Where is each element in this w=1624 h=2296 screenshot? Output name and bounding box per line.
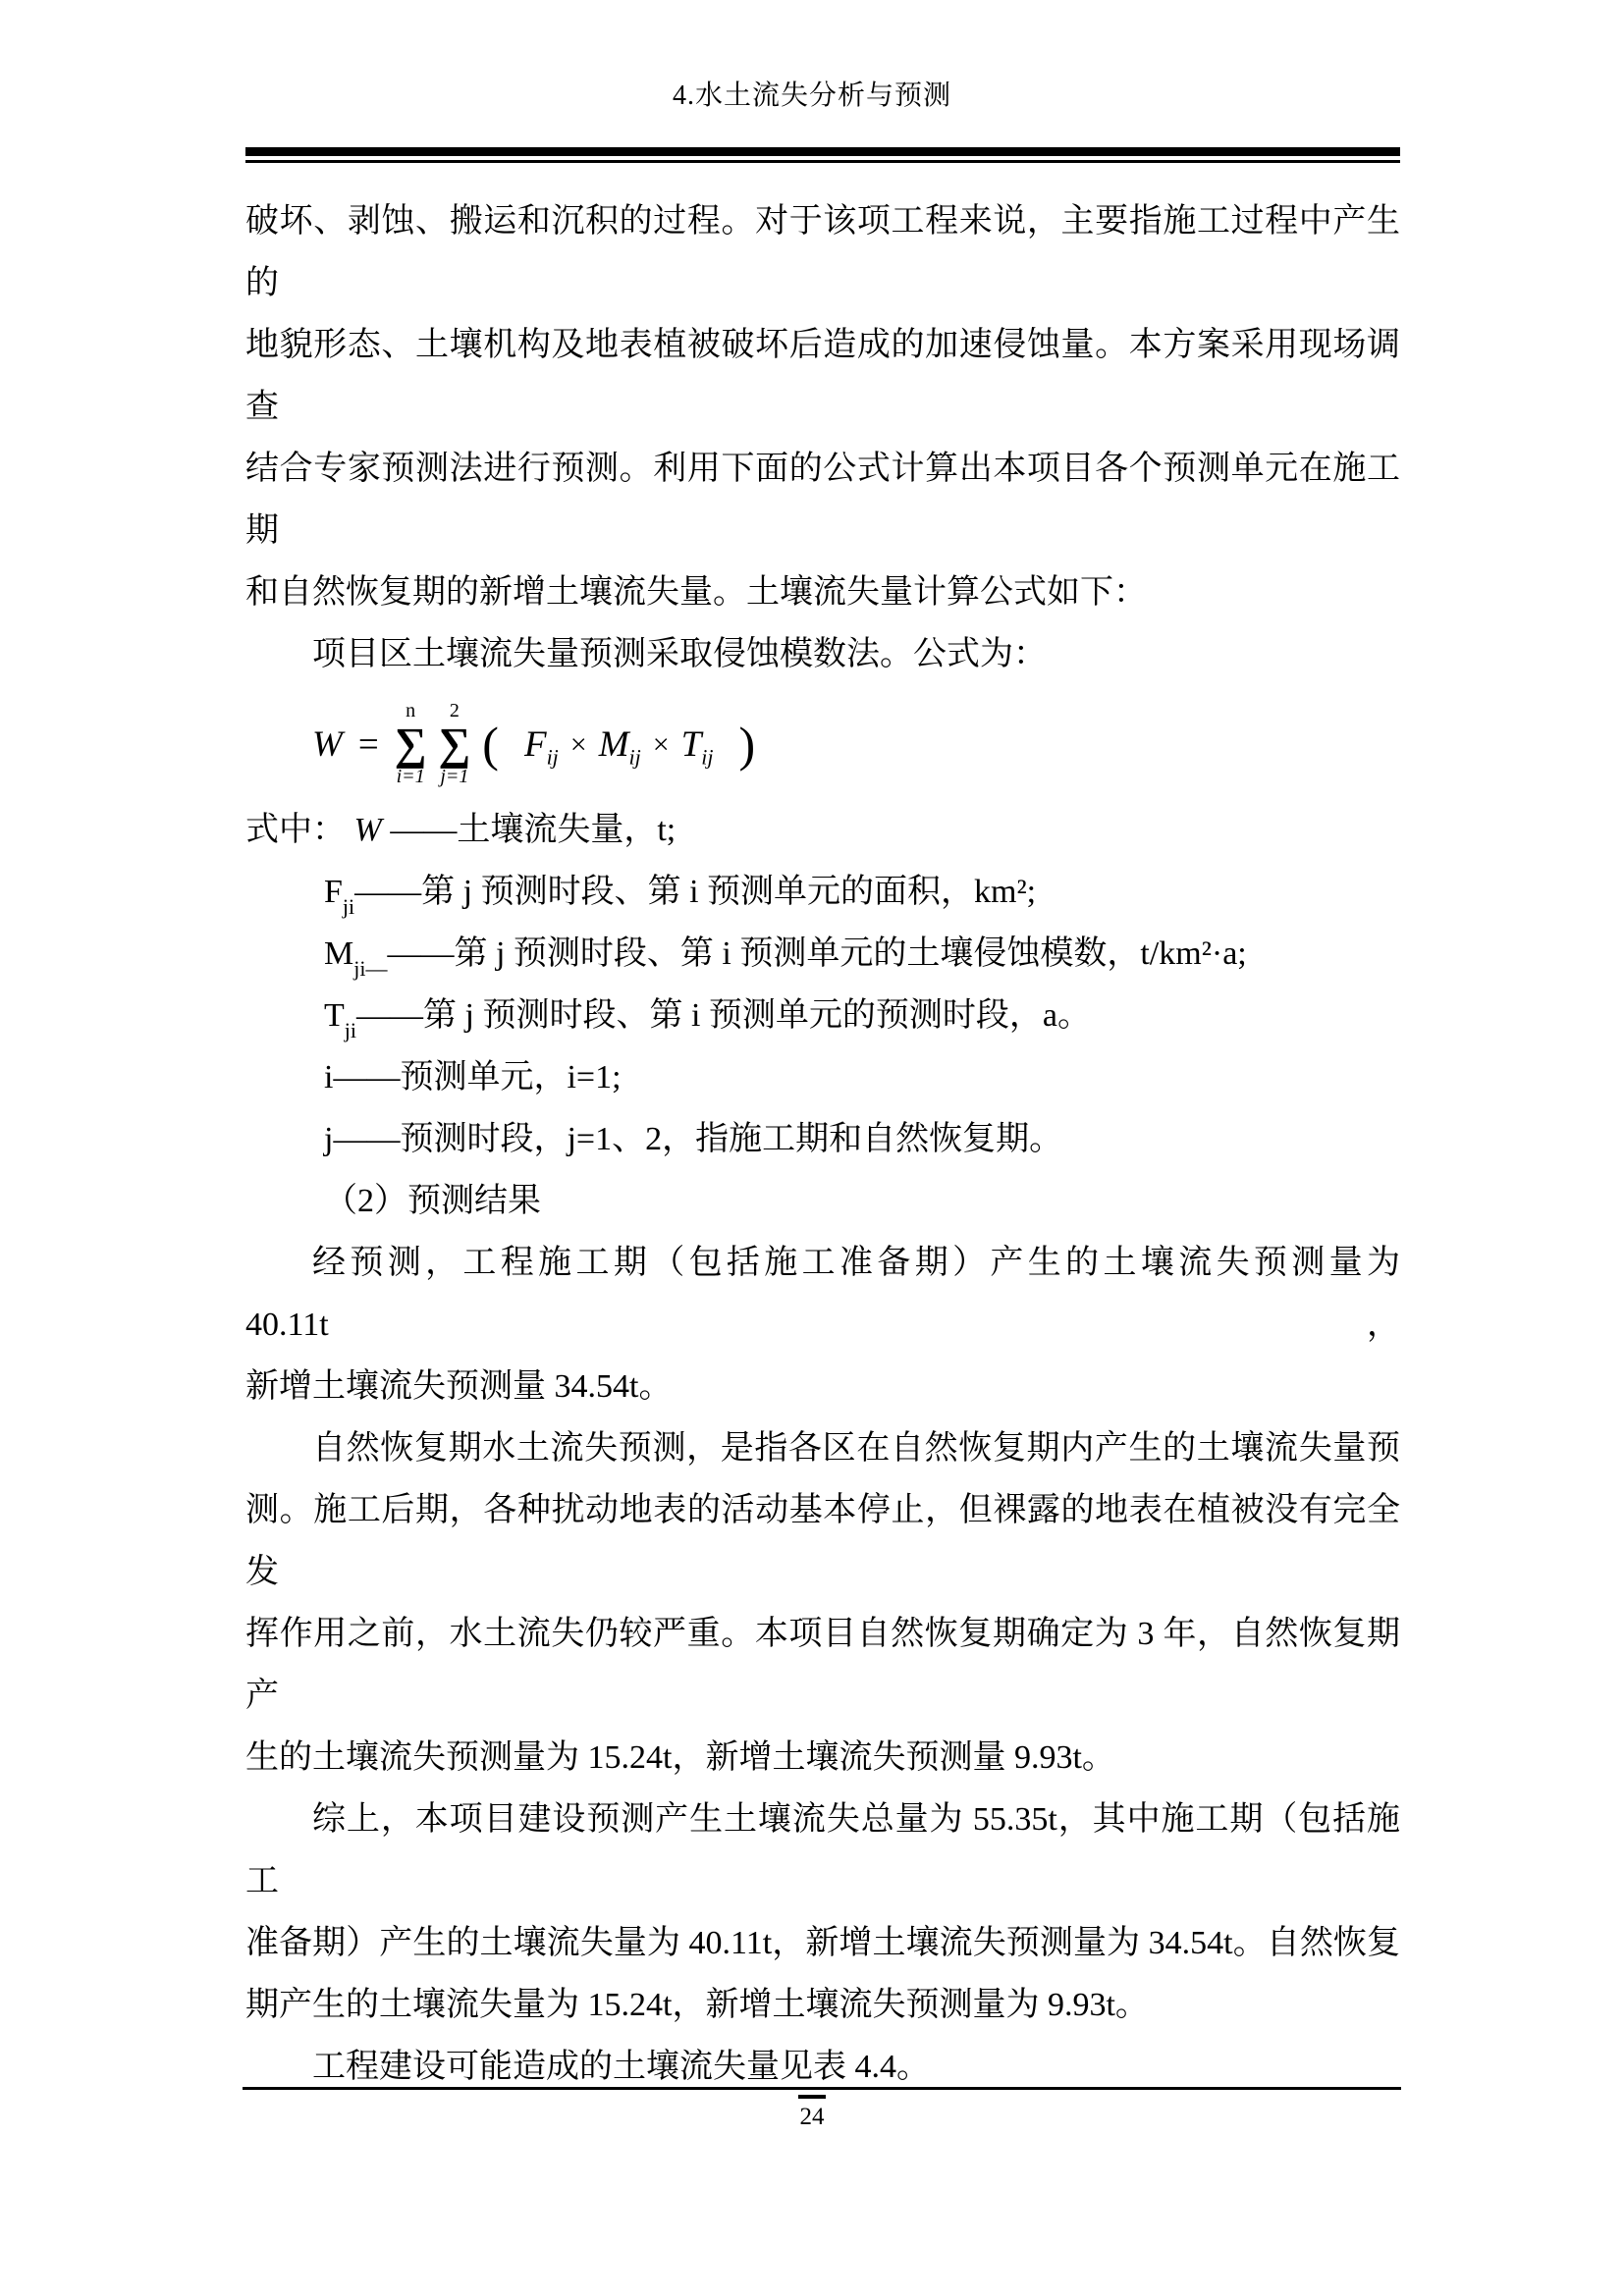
paragraph-line: 综上，本项目建设预测产生土壤流失总量为 55.35t，其中施工期（包括施工 bbox=[245, 1789, 1400, 1912]
document-page: 4.水土流失分析与预测 破坏、剥蚀、搬运和沉积的过程。对于该项工程来说，主要指施… bbox=[0, 0, 1624, 2296]
symbol: W bbox=[354, 812, 382, 848]
definition-text: ——预测时段，j=1、2，指施工期和自然恢复期。 bbox=[333, 1121, 1062, 1157]
sigma-lower-limit: j=1 bbox=[440, 766, 468, 788]
symbol: F bbox=[324, 874, 343, 910]
definition-line-M: Mji———第 j 预测时段、第 i 预测单元的土壤侵蚀模数，t/km²·a; bbox=[245, 923, 1400, 985]
sigma-icon: ∑ bbox=[439, 722, 471, 766]
soil-loss-formula: W = n ∑ i=1 2 ∑ j=1 ( Fij × Mij × Tij ) bbox=[312, 691, 1400, 797]
paragraph-line: 地貌形态、土壤机构及地表植被破坏后造成的加速侵蚀量。本方案采用现场调查 bbox=[245, 314, 1400, 438]
paragraph-line: 结合专家预测法进行预测。利用下面的公式计算出本项目各个预测单元在施工期 bbox=[245, 438, 1400, 561]
close-paren: ) bbox=[739, 720, 756, 769]
paragraph-line: 生的土壤流失预测量为 15.24t，新增土壤流失预测量 9.93t。 bbox=[245, 1727, 1400, 1789]
definition-line-F: Fji——第 j 预测时段、第 i 预测单元的面积，km²; bbox=[245, 861, 1400, 923]
paragraph-line: 准备期）产生的土壤流失量为 40.11t，新增土壤流失预测量为 34.54t。自… bbox=[245, 1912, 1400, 1974]
definition-text: ——土壤流失量，t; bbox=[382, 812, 676, 848]
paragraph-line: 测。施工后期，各种扰动地表的活动基本停止，但裸露的地表在植被没有完全发 bbox=[245, 1479, 1400, 1603]
paragraph-line: 挥作用之前，水土流失仍较严重。本项目自然恢复期确定为 3 年，自然恢复期产 bbox=[245, 1603, 1400, 1727]
paragraph-line: 自然恢复期水土流失预测，是指各区在自然恢复期内产生的土壤流失量预 bbox=[245, 1417, 1400, 1479]
paragraph-line: 经预测，工程施工期（包括施工准备期）产生的土壤流失预测量为 40.11t， bbox=[245, 1232, 1400, 1356]
sigma-lower-limit: i=1 bbox=[397, 766, 425, 788]
symbol: M bbox=[324, 935, 353, 972]
where-prefix: 式中： bbox=[245, 812, 346, 848]
header-rule bbox=[245, 147, 1400, 163]
symbol-subscript: ji— bbox=[353, 956, 387, 981]
symbol: T bbox=[324, 997, 345, 1034]
page-number: 24 bbox=[0, 2101, 1624, 2134]
document-body: 破坏、剥蚀、搬运和沉积的过程。对于该项工程来说，主要指施工过程中产生的 地貌形态… bbox=[245, 190, 1400, 2098]
paragraph-line: 破坏、剥蚀、搬运和沉积的过程。对于该项工程来说，主要指施工过程中产生的 bbox=[245, 190, 1400, 314]
header-title: 4.水土流失分析与预测 bbox=[0, 77, 1624, 116]
formula-term-M: Mij bbox=[599, 714, 641, 775]
symbol-subscript: ji bbox=[343, 894, 354, 919]
definition-text: ——第 j 预测时段、第 i 预测单元的面积，km²; bbox=[354, 874, 1036, 910]
definition-line-W: 式中： W ——土壤流失量，t; bbox=[245, 799, 1400, 861]
multiply-sign: × bbox=[570, 714, 587, 775]
paragraph-line: 和自然恢复期的新增土壤流失量。土壤流失量计算公式如下： bbox=[245, 561, 1400, 623]
definition-text: ——预测单元，i=1; bbox=[333, 1059, 621, 1095]
results-heading: （2）预测结果 bbox=[245, 1170, 1400, 1232]
formula-lhs: W bbox=[312, 714, 343, 775]
formula-term-T: Tij bbox=[681, 714, 714, 775]
definition-text: ——第 j 预测时段、第 i 预测单元的预测时段，a。 bbox=[356, 997, 1091, 1034]
paragraph-line: 期产生的土壤流失量为 15.24t，新增土壤流失预测量为 9.93t。 bbox=[245, 1974, 1400, 2036]
sigma-sum-i: n ∑ i=1 bbox=[395, 700, 427, 788]
equals-sign: = bbox=[354, 714, 383, 775]
definition-line-i: i——预测单元，i=1; bbox=[245, 1046, 1400, 1108]
formula-term-F: Fij bbox=[524, 714, 559, 775]
method-line: 项目区土壤流失量预测采取侵蚀模数法。公式为： bbox=[245, 623, 1400, 685]
open-paren: ( bbox=[482, 720, 499, 769]
definition-text: ——第 j 预测时段、第 i 预测单元的土壤侵蚀模数，t/km²·a; bbox=[387, 935, 1246, 972]
page-number-dash bbox=[798, 2095, 826, 2099]
footer-rule bbox=[243, 2087, 1401, 2090]
paragraph-line: 新增土壤流失预测量 34.54t。 bbox=[245, 1356, 1400, 1417]
definition-line-T: Tji——第 j 预测时段、第 i 预测单元的预测时段，a。 bbox=[245, 985, 1400, 1046]
sigma-icon: ∑ bbox=[395, 722, 427, 766]
definition-line-j: j——预测时段，j=1、2，指施工期和自然恢复期。 bbox=[245, 1108, 1400, 1170]
symbol-subscript: ji bbox=[345, 1018, 356, 1042]
sigma-sum-j: 2 ∑ j=1 bbox=[439, 700, 471, 788]
multiply-sign: × bbox=[653, 714, 670, 775]
